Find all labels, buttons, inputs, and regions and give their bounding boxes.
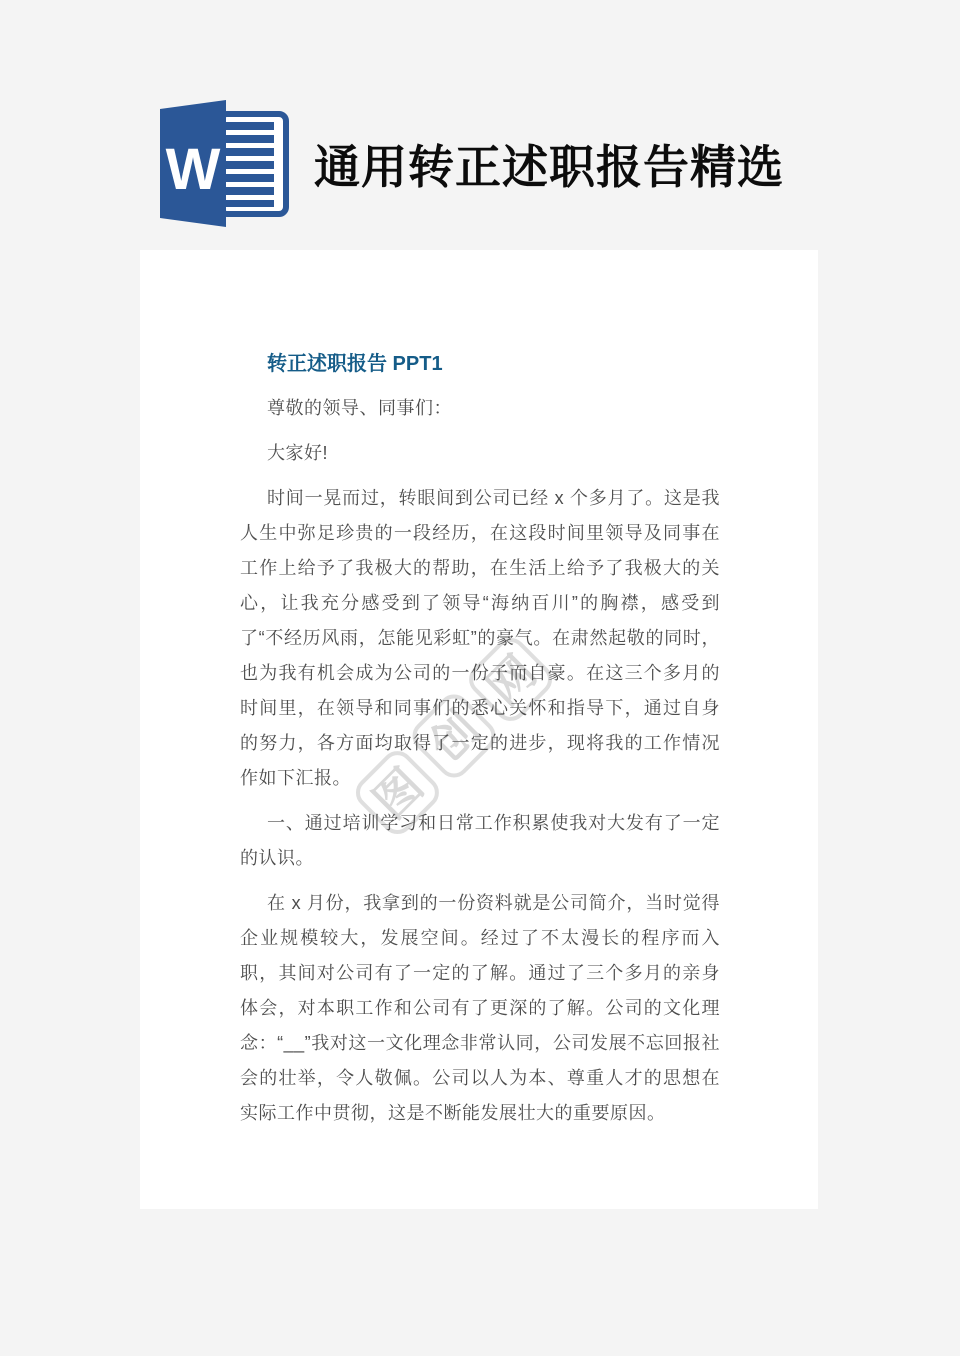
word-letter: W	[166, 137, 221, 202]
doc-heading: 转正述职报告 PPT1	[240, 347, 720, 382]
word-logo-svg: W	[160, 100, 290, 227]
page-title: 通用转正述职报告精选	[314, 131, 784, 197]
word-logo-icon: W	[160, 100, 290, 227]
paragraph-salutation: 尊敬的领导、同事们：	[240, 391, 720, 426]
paragraph-greeting: 大家好!	[240, 436, 720, 471]
document-page: 图 创 网 转正述职报告 PPT1 尊敬的领导、同事们： 大家好! 时间一晃而过…	[140, 250, 818, 1209]
paragraph-section-1-body: 在 x 月份，我拿到的一份资料就是公司简介，当时觉得企业规模较大，发展空间。经过…	[240, 886, 720, 1131]
document-content: 转正述职报告 PPT1 尊敬的领导、同事们： 大家好! 时间一晃而过，转眼间到公…	[240, 347, 720, 1131]
paragraph-intro: 时间一晃而过，转眼间到公司已经 x 个多月了。这是我人生中弥足珍贵的一段经历，在…	[240, 481, 720, 796]
header: W 通用转正述职报告精选	[160, 100, 784, 227]
paragraph-section-1: 一、通过培训学习和日常工作积累使我对大发有了一定的认识。	[240, 806, 720, 876]
